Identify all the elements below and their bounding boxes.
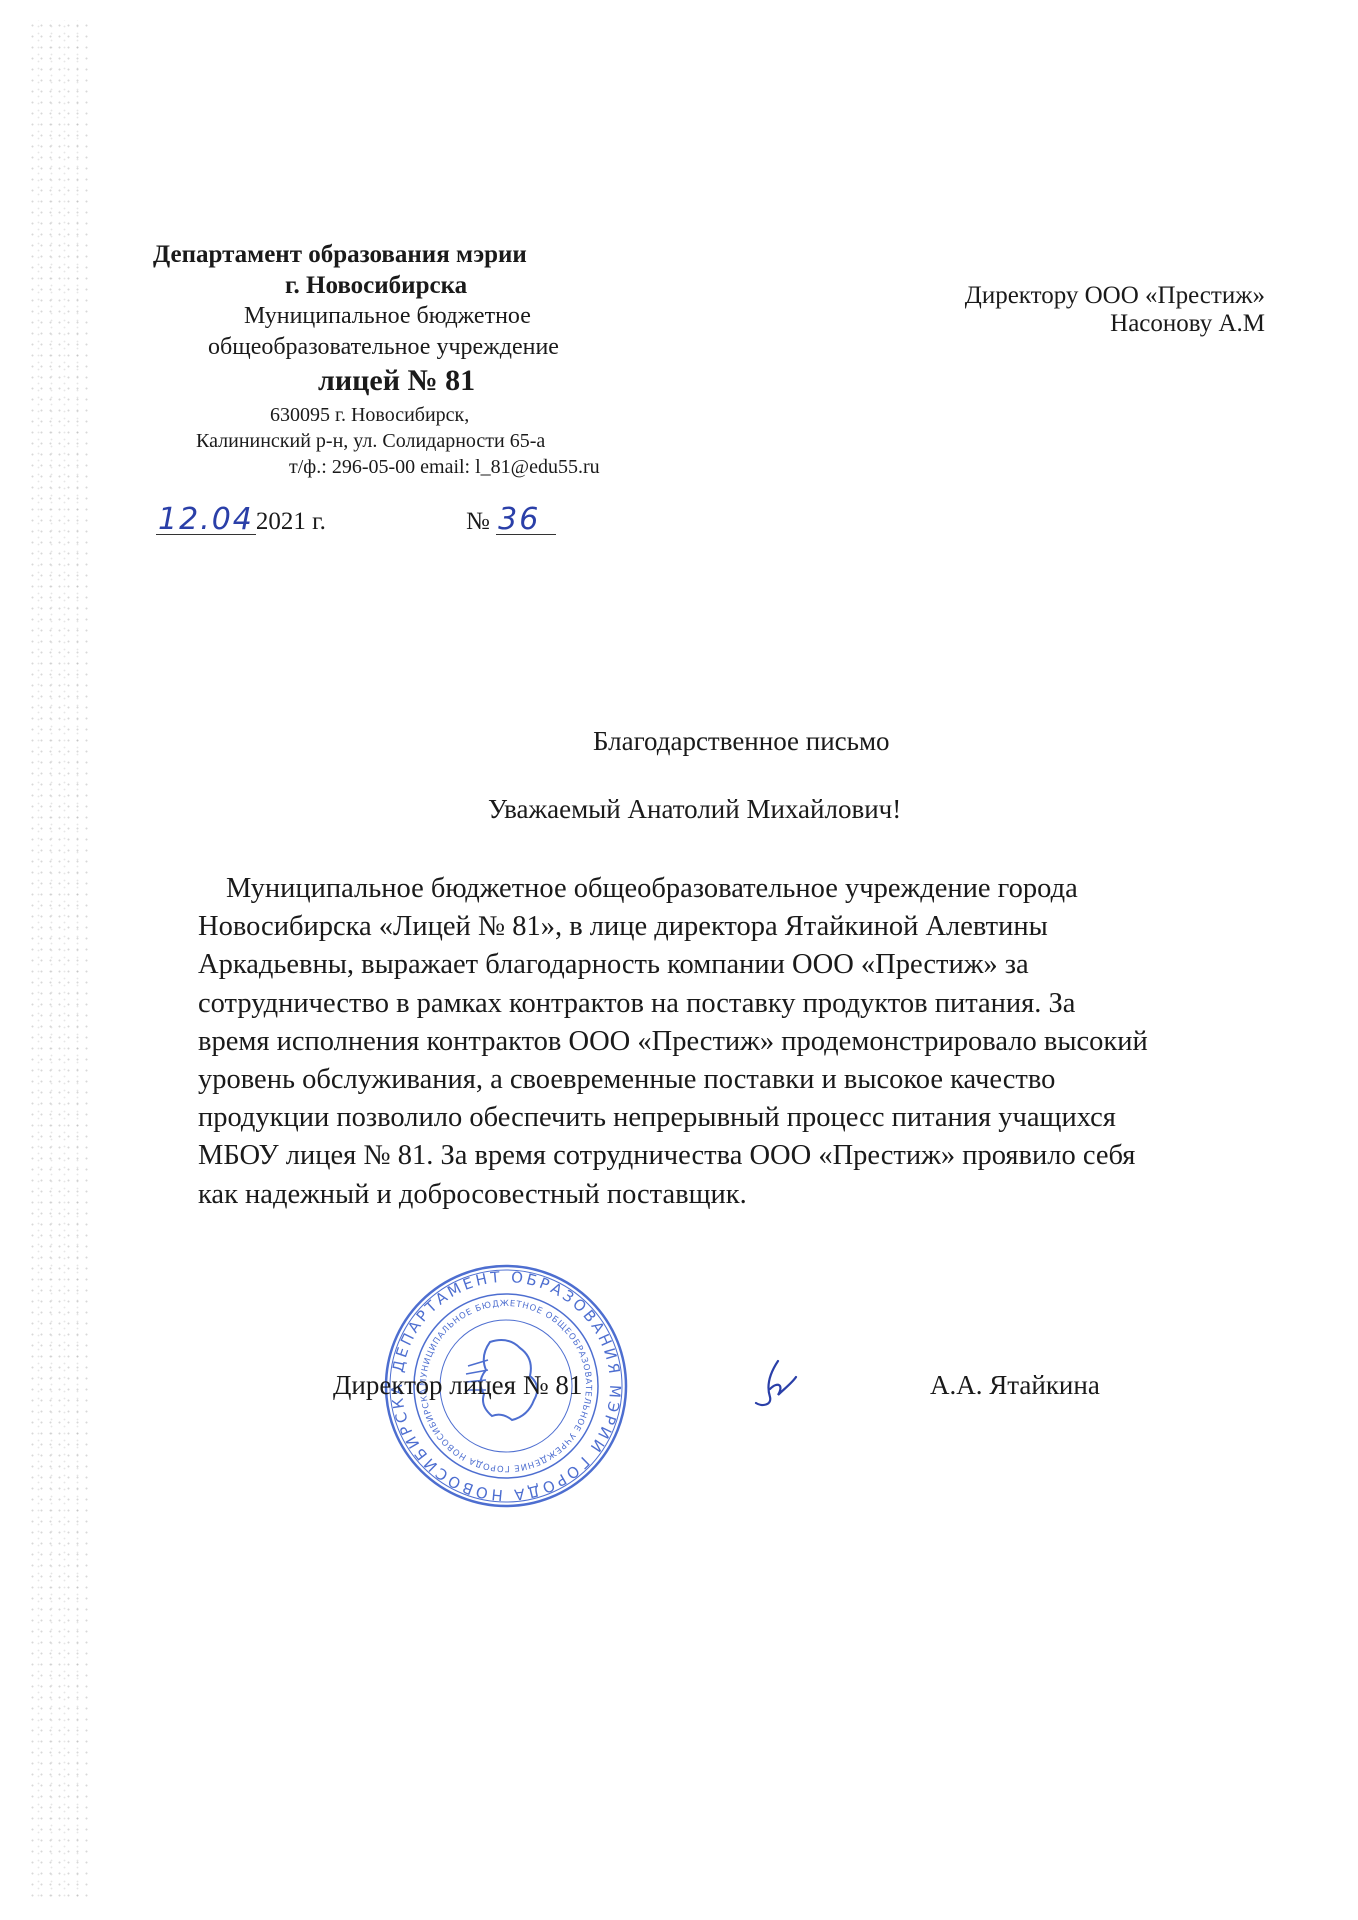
salutation: Уважаемый Анатолий Михайлович! — [488, 794, 901, 825]
letterhead-org-type: Муниципальное бюджетное — [244, 303, 531, 330]
number-label: № — [466, 508, 490, 535]
body-line: уровень обслуживания, а своевременные по… — [198, 1061, 1308, 1099]
body-line: Аркадьевны, выражает благодарность компа… — [198, 946, 1308, 984]
body-line: как надежный и добросовестный поставщик. — [198, 1176, 1308, 1214]
letterhead-address-2: Калининский р-н, ул. Солидарности 65-а — [196, 430, 545, 453]
handwritten-number: 36 — [496, 506, 556, 535]
recipient-position: Директору ООО «Престиж» — [900, 282, 1265, 310]
body-line: продукции позволило обеспечить непрерывн… — [198, 1099, 1308, 1137]
signatory-position: Директор лицея № 81 — [333, 1370, 582, 1401]
letterhead-contacts: т/ф.: 296-05-00 email: l_81@edu55.ru — [289, 456, 600, 479]
letterhead-department: Департамент образования мэрии — [153, 241, 527, 269]
letterhead-school-name: лицей № 81 — [318, 364, 475, 398]
registration-number: № 36 — [466, 506, 556, 536]
body-line: Муниципальное бюджетное общеобразователь… — [198, 870, 1308, 908]
letterhead-address-1: 630095 г. Новосибирск, — [270, 404, 469, 427]
handwritten-date: 12.04 — [156, 506, 256, 535]
letterhead-city: г. Новосибирска — [285, 272, 467, 300]
letter-title: Благодарственное письмо — [593, 726, 890, 757]
registration-date: 12.042021 г. — [156, 506, 326, 536]
body-line: сотрудничество в рамках контрактов на по… — [198, 985, 1308, 1023]
letterhead-org-type-2: общеобразовательное учреждение — [208, 334, 559, 361]
signatory-name: А.А. Ятайкина — [930, 1370, 1100, 1401]
date-year: 2021 г. — [256, 508, 326, 535]
recipient-block: Директору ООО «Престиж» Насонову А.М — [900, 282, 1265, 338]
body-line: Новосибирска «Лицей № 81», в лице директ… — [198, 908, 1308, 946]
scan-noise-margin — [28, 20, 88, 1900]
letter-body: Муниципальное бюджетное общеобразователь… — [198, 870, 1308, 1214]
handwritten-signature-icon — [748, 1355, 808, 1411]
body-line: время исполнения контрактов ООО «Престиж… — [198, 1023, 1308, 1061]
body-line: МБОУ лицея № 81. За время сотрудничества… — [198, 1137, 1308, 1175]
recipient-name: Насонову А.М — [900, 310, 1265, 338]
